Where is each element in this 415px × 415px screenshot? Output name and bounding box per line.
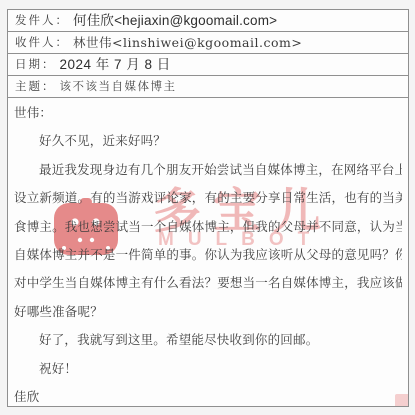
from-label: 发件人： <box>15 10 69 31</box>
from-value: 何佳欣<hejiaxin@kgoomail.com> <box>73 10 277 31</box>
body-line: 好久不见，近来好吗？ <box>14 127 402 155</box>
header-row-from: 发件人： 何佳欣<hejiaxin@kgoomail.com> <box>8 10 408 32</box>
body-line: 好哪些准备呢？ <box>14 298 402 326</box>
body-line: 最近我发现身边有几个朋友开始尝试当自媒体博主，在网络平台上 <box>14 156 402 184</box>
header-row-to: 收件人： 林世伟<linshiwei@kgoomail.com> <box>8 32 408 54</box>
closing-line: 好了，我就写到这里。希望能尽快收到你的回邮。 <box>14 326 402 354</box>
signature-line: 佳欣 <box>14 383 402 411</box>
to-label: 收件人： <box>15 32 69 53</box>
body-line: 设立新频道。有的当游戏评论家，有的主要分享日常生活，也有的当美 <box>14 184 402 212</box>
to-value: 林世伟<linshiwei@kgoomail.com> <box>73 32 302 53</box>
email-screenshot: { "colors": { "watermark_red": "#db5050"… <box>0 0 415 415</box>
email-header-table: 发件人： 何佳欣<hejiaxin@kgoomail.com> 收件人： 林世伟… <box>8 10 408 98</box>
body-line: 对中学生当自媒体博主有什么看法？要想当一名自媒体博主，我应该做 <box>14 269 402 297</box>
date-label: 日期： <box>15 54 56 75</box>
well-wish-line: 祝好！ <box>14 355 402 383</box>
date-value: 2024 年 7 月 8 日 <box>60 54 171 75</box>
subject-label: 主题： <box>15 76 56 97</box>
subject-value: 该不该当自媒体博主 <box>60 76 177 97</box>
email-body: 世伟： 好久不见，近来好吗？ 最近我发现身边有几个朋友开始尝试当自媒体博主，在网… <box>8 98 408 411</box>
header-row-date: 日期： 2024 年 7 月 8 日 <box>8 54 408 76</box>
email-sheet: 发件人： 何佳欣<hejiaxin@kgoomail.com> 收件人： 林世伟… <box>7 9 409 407</box>
salutation-line: 世伟： <box>14 99 402 127</box>
header-row-subject: 主题： 该不该当自媒体博主 <box>8 76 408 98</box>
body-line: 自媒体博主并不是一件简单的事。你认为我应该听从父母的意见吗？你 <box>14 241 402 269</box>
body-line: 食博主。我也想尝试当一个自媒体博主，但我的父母并不同意，认为当 <box>14 213 402 241</box>
